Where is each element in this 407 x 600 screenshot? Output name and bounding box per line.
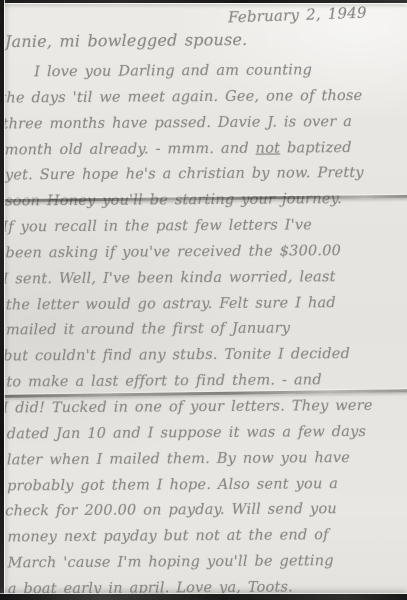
letter-date: February 2, 1949 bbox=[228, 4, 367, 27]
letter-line: soon Honey you'll be starting your journ… bbox=[5, 187, 406, 216]
letter-line: the days 'til we meet again. Gee, one of… bbox=[0, 83, 405, 112]
letter-line: been asking if you've received the $300.… bbox=[5, 239, 406, 268]
scan-edge-left bbox=[0, 0, 4, 600]
letter-line: three months have passed. Davie J. is ov… bbox=[2, 109, 405, 138]
letter-line: March 'cause I'm hoping you'll be gettin… bbox=[8, 549, 407, 578]
letter-line: I did! Tucked in one of your letters. Th… bbox=[2, 394, 407, 423]
letter-line: mailed it around the first of January bbox=[6, 316, 407, 345]
letter-line-text: month old already. - mmm. and bbox=[5, 140, 256, 158]
letter-salutation: Janie, mi bowlegged spouse. bbox=[5, 30, 248, 51]
letter-line: yet. Sure hope he's a christian by now. … bbox=[5, 161, 406, 190]
letter-line: probably got them I hope. Also sent you … bbox=[7, 471, 407, 500]
letter-line-text: baptized bbox=[280, 140, 352, 156]
letter-body: I love you Darling and am counting the d… bbox=[4, 58, 407, 600]
letter-line: later when I mailed them. By now you hav… bbox=[7, 445, 407, 474]
letter-line: I sent. Well, I've been kinda worried, l… bbox=[3, 264, 407, 293]
letter-line: I love you Darling and am counting bbox=[4, 58, 405, 87]
letter-line: check for 200.00 on payday. Will send yo… bbox=[5, 497, 407, 526]
letter-line: money next payday but not at the end of bbox=[7, 523, 407, 552]
scan-edge-bottom bbox=[0, 594, 407, 600]
letter-line: month old already. - mmm. and not baptiz… bbox=[5, 135, 406, 164]
scanned-letter-page: February 2, 1949 Janie, mi bowlegged spo… bbox=[0, 0, 407, 600]
letter-line: but couldn't find any stubs. Tonite I de… bbox=[3, 342, 407, 371]
letter-line: dated Jan 10 and I suppose it was a few … bbox=[7, 419, 407, 448]
letter-line: to make a last effort to find them. - an… bbox=[6, 368, 407, 397]
underlined-word: not bbox=[256, 140, 281, 156]
letter-line: If you recall in the past few letters I'… bbox=[2, 213, 406, 242]
scan-edge-top bbox=[0, 0, 407, 3]
letter-line: the letter would go astray. Felt sure I … bbox=[6, 290, 407, 319]
